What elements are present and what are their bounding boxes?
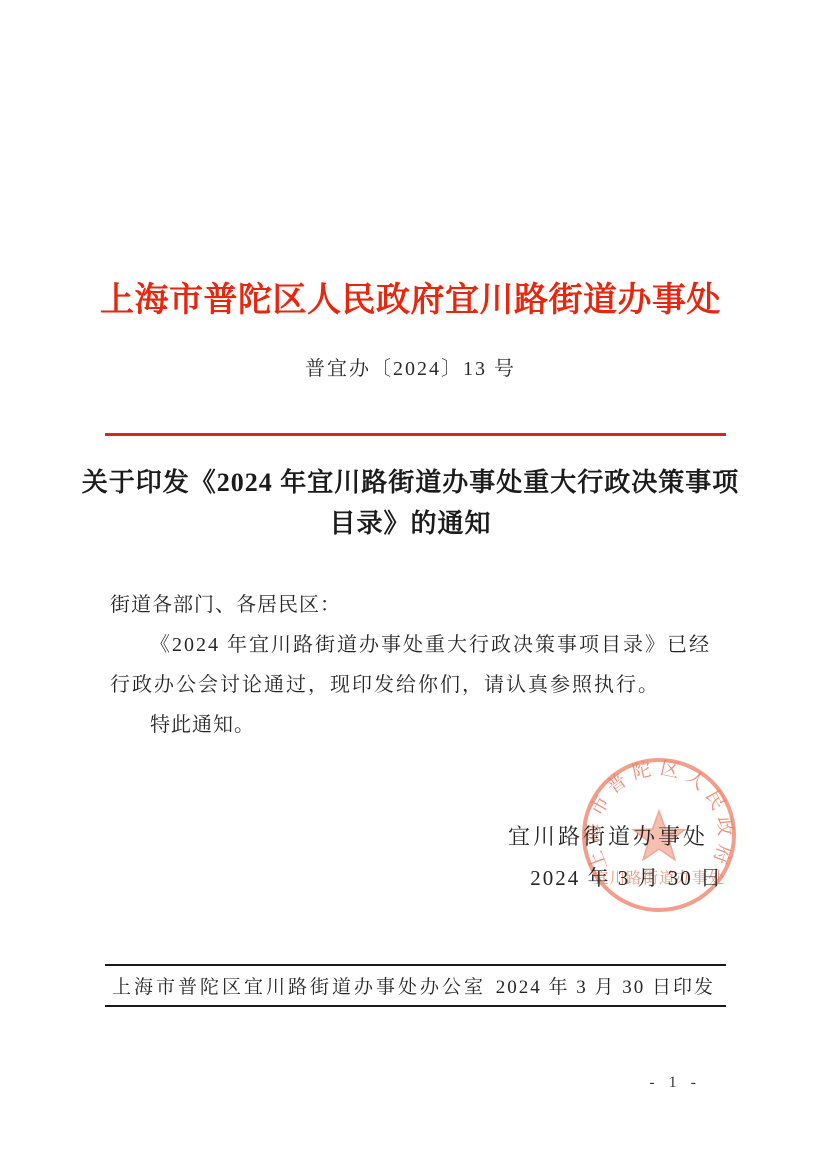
body-closing: 特此通知。 bbox=[110, 705, 726, 745]
footer-issuer: 上海市普陀区宜川路街道办事处办公室 bbox=[112, 972, 486, 999]
footer-top-rule bbox=[105, 964, 726, 966]
page-number: - 1 - bbox=[649, 1074, 701, 1092]
footer-bottom-rule bbox=[105, 1005, 726, 1007]
document-title: 关于印发《2024 年宜川路街道办事处重大行政决策事项 目录》的通知 bbox=[60, 462, 761, 544]
body-paragraph-line1: 《2024 年宜川路街道办事处重大行政决策事项目录》已经 bbox=[110, 625, 726, 665]
body-salutation: 街道各部门、各居民区： bbox=[110, 585, 726, 625]
document-title-line1: 关于印发《2024 年宜川路街道办事处重大行政决策事项 bbox=[60, 462, 761, 503]
red-separator-line bbox=[105, 433, 726, 436]
document-title-line2: 目录》的通知 bbox=[60, 503, 761, 544]
signature-date: 2024 年 3 月 30 日 bbox=[530, 862, 723, 892]
doc-number: 普宜办〔2024〕13 号 bbox=[0, 352, 821, 381]
body-paragraph-line2: 行政办公会讨论通过，现印发给你们，请认真参照执行。 bbox=[110, 665, 726, 705]
signature-org: 宜川路街道办事处 bbox=[508, 820, 708, 851]
org-title: 上海市普陀区人民政府宜川路街道办事处 bbox=[0, 279, 821, 323]
document-page: 上海市普陀区人民政府宜川路街道办事处 普宜办〔2024〕13 号 关于印发《20… bbox=[0, 0, 821, 1160]
footer-print-date: 2024 年 3 月 30 日印发 bbox=[496, 972, 715, 999]
document-body: 街道各部门、各居民区： 《2024 年宜川路街道办事处重大行政决策事项目录》已经… bbox=[110, 585, 726, 745]
